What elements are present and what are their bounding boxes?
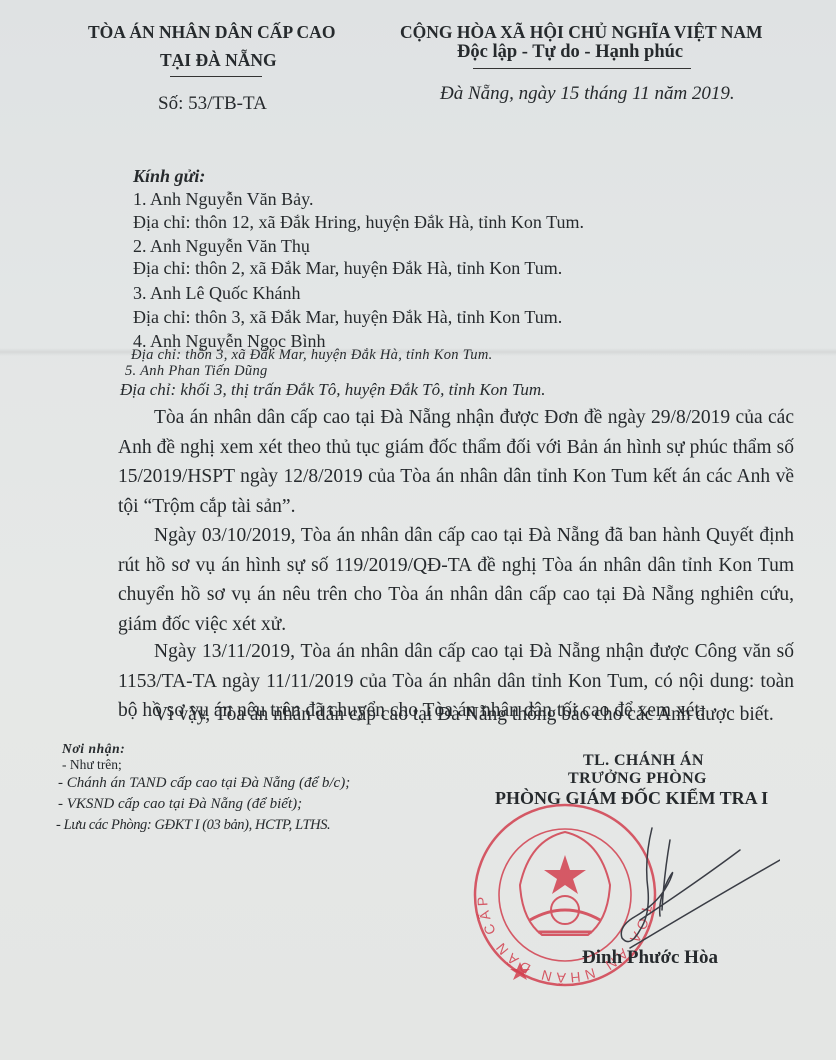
- signature-authority: TL. CHÁNH ÁN: [583, 752, 704, 770]
- body-paragraph: Ngày 03/10/2019, Tòa án nhân dân cấp cao…: [118, 521, 794, 639]
- signature-position: TRƯỞNG PHÒNG: [568, 770, 707, 788]
- motto-underline: [473, 68, 691, 69]
- recipient-address-text: Địa chỉ: khối 3, thị trấn Đắk Tô, huyện …: [120, 380, 545, 399]
- handwritten-signature-icon: [600, 820, 780, 960]
- recipient-address: Địa chỉ: thôn 3, xã Đắk Mar, huyện Đắk H…: [131, 347, 493, 364]
- recipient-name: 5. Anh Phan Tiến Dũng: [125, 363, 268, 380]
- court-name-line2: TẠI ĐÀ NẴNG: [160, 50, 277, 71]
- national-motto: Độc lập - Tự do - Hạnh phúc: [457, 42, 683, 63]
- recipient-address: Địa chỉ: thôn 3, xã Đắk Mar, huyện Đắk H…: [133, 307, 562, 328]
- republic-title: CỘNG HÒA XÃ HỘI CHỦ NGHĨA VIỆT NAM: [400, 22, 763, 43]
- recipient-address: Địa chỉ: thôn 2, xã Đắk Mar, huyện Đắk H…: [133, 258, 562, 279]
- recipient-address: Địa chỉ: thôn 12, xã Đắk Hring, huyện Đắ…: [133, 212, 584, 233]
- document-number: Số: 53/TB-TA: [158, 93, 267, 115]
- court-name-line1: TÒA ÁN NHÂN DÂN CẤP CAO: [88, 22, 335, 43]
- court-name-underline: [170, 76, 262, 77]
- recipient-name: 2. Anh Nguyễn Văn Thụ: [133, 236, 310, 257]
- body-paragraph: Vì vậy, Tòa án nhân dân cấp cao tại Đà N…: [118, 700, 794, 730]
- distribution-item: - VKSND cấp cao tại Đà Nẵng (để biết);: [58, 796, 302, 813]
- body-paragraph: Tòa án nhân dân cấp cao tại Đà Nẵng nhận…: [118, 403, 794, 521]
- recipient-address: Địa chỉ: khối 3, thị trấn Đắk Tô, huyện …: [120, 380, 545, 400]
- place-and-date: Đà Nẵng, ngày 15 tháng 11 năm 2019.: [440, 83, 735, 105]
- recipients-title: Kính gửi:: [133, 166, 205, 187]
- signer-name: Đinh Phước Hòa: [582, 947, 718, 969]
- recipient-name: 3. Anh Lê Quốc Khánh: [133, 283, 300, 304]
- distribution-item: - Chánh án TAND cấp cao tại Đà Nẵng (để …: [58, 775, 350, 792]
- distribution-item: - Lưu các Phòng: GĐKT I (03 bản), HCTP, …: [56, 817, 330, 834]
- distribution-item: - Như trên;: [62, 757, 122, 773]
- recipient-name: 1. Anh Nguyễn Văn Bảy.: [133, 189, 313, 210]
- distribution-title: Nơi nhận:: [62, 741, 125, 757]
